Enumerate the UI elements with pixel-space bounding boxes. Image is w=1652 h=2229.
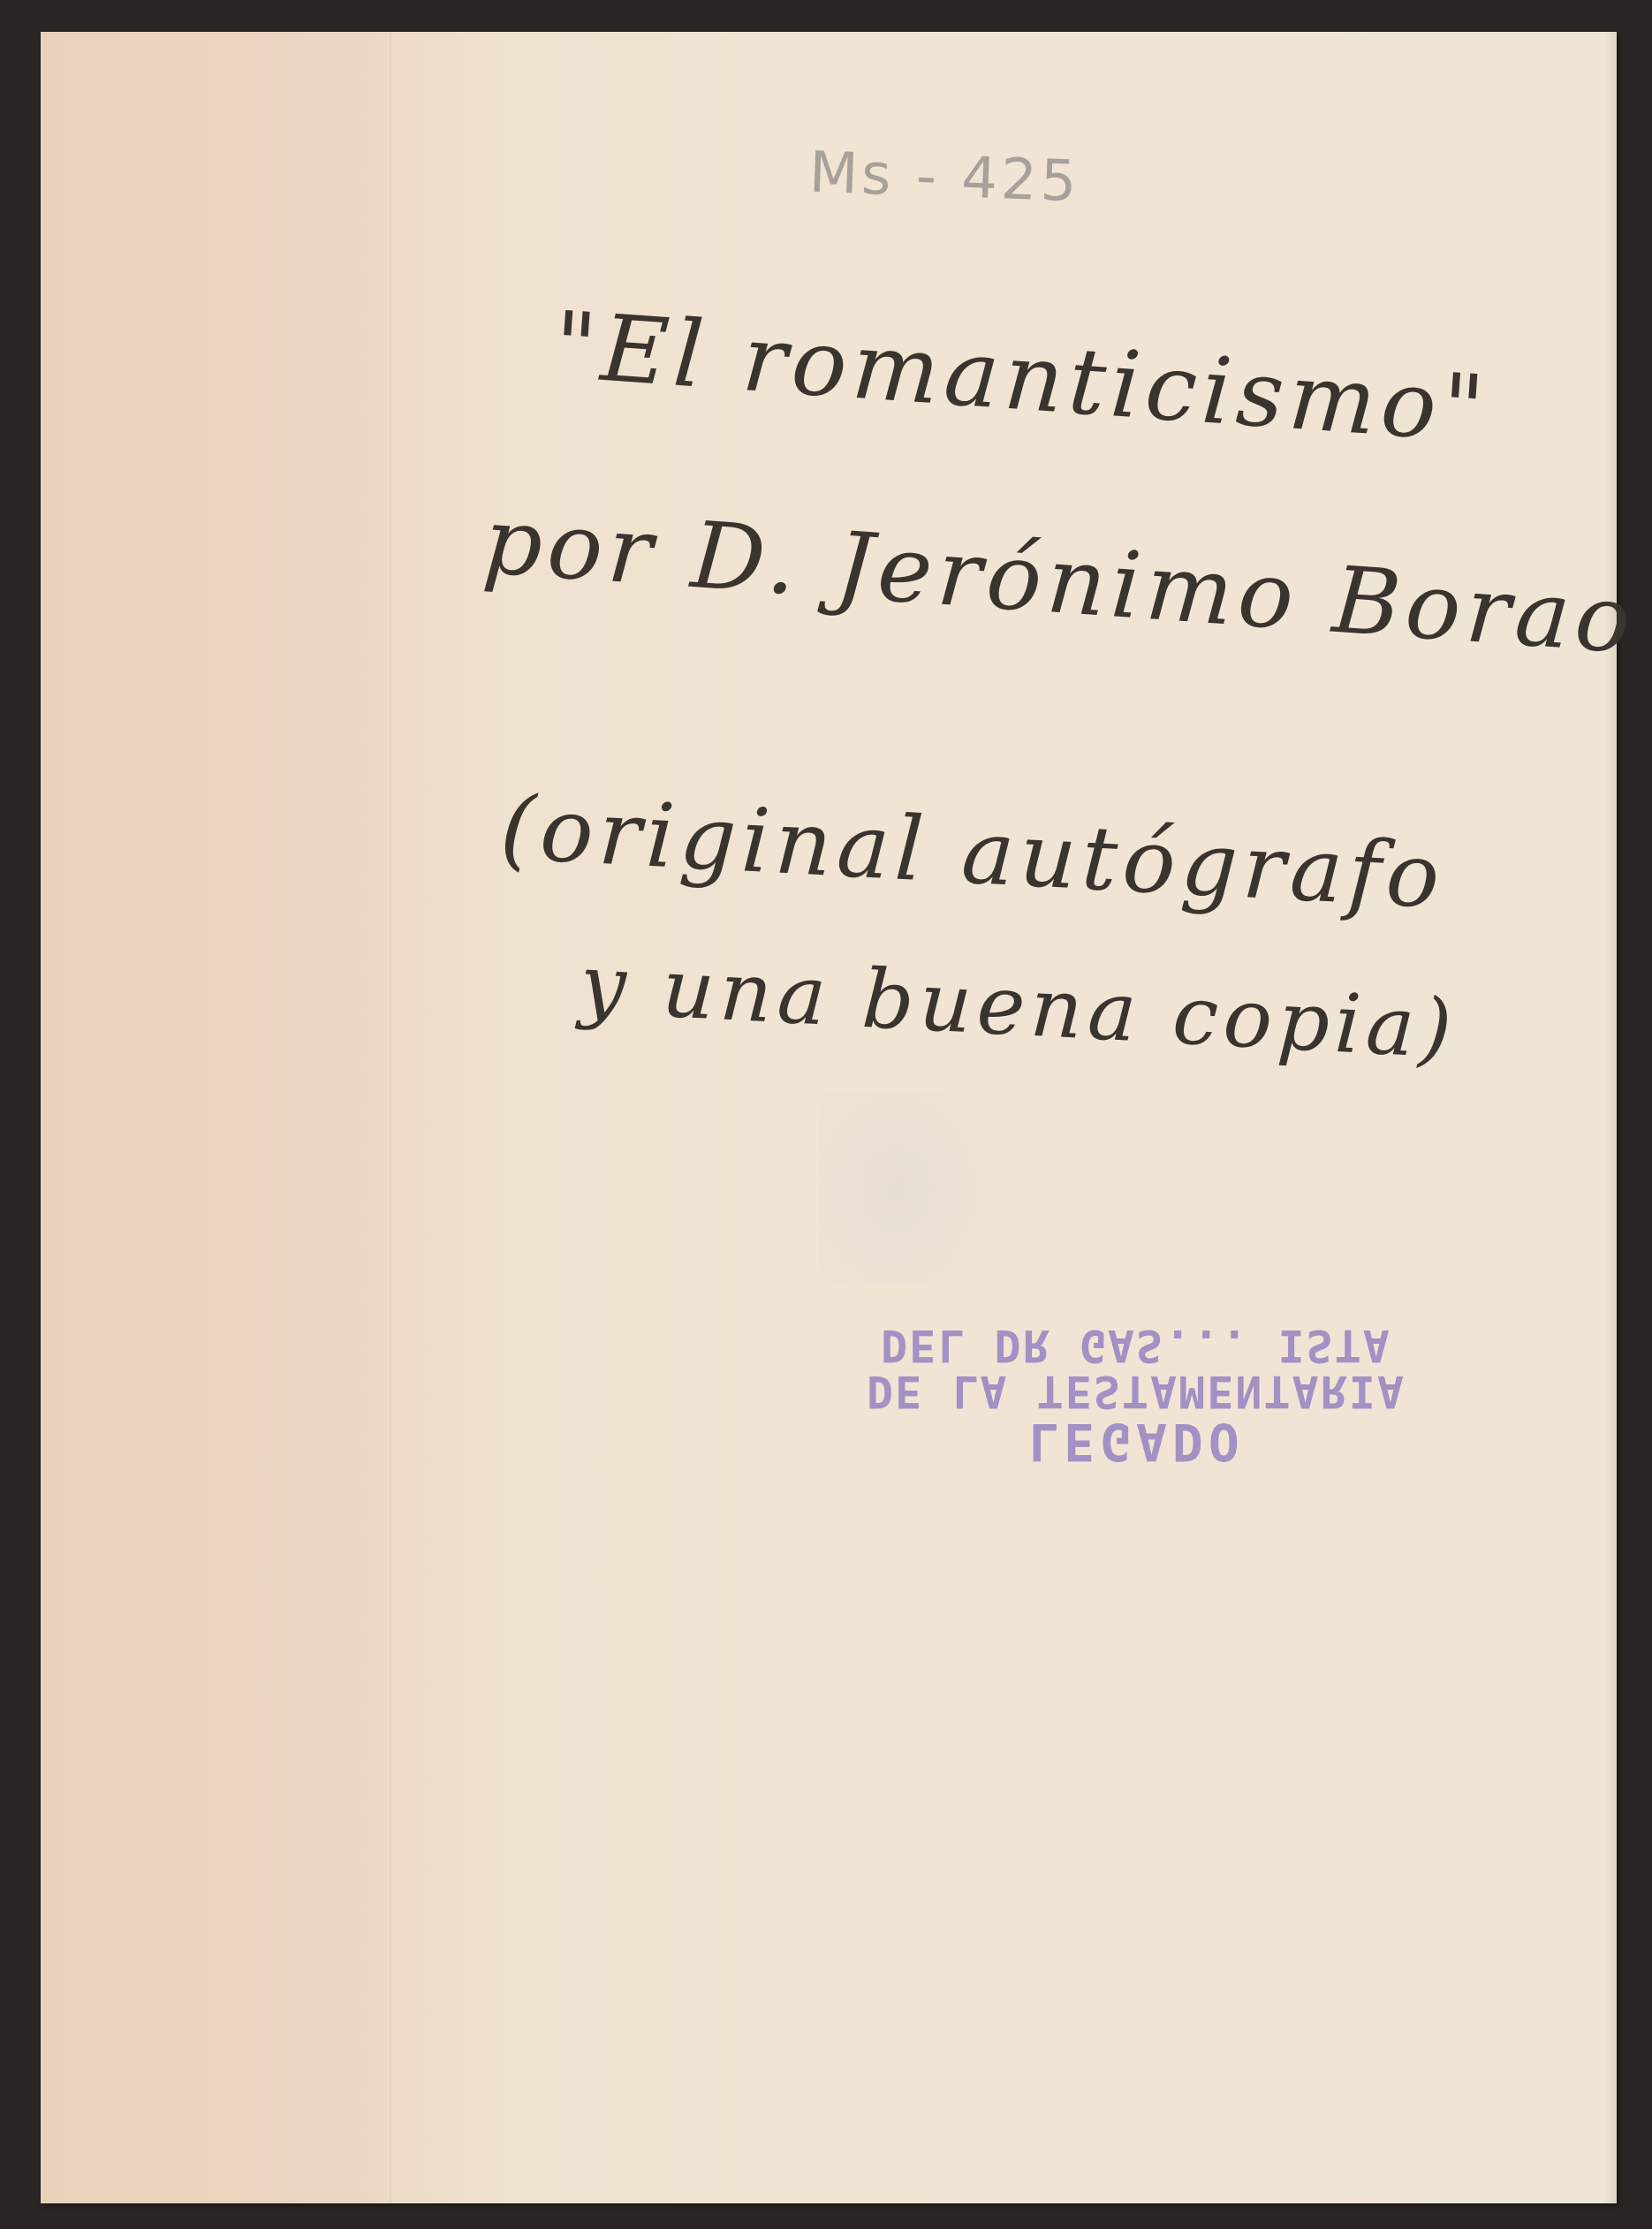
stamp-line-3: DEL DR GAS... ISTA xyxy=(853,1322,1419,1368)
note-line-2: y una buena copia) xyxy=(578,936,1459,1077)
shelfmark-pencil-note: Ms - 425 xyxy=(808,140,1081,216)
legacy-ink-stamp: LEGADO DE LA TESTAMENTARIA DEL DR GAS...… xyxy=(853,1322,1419,1468)
paper-fold-line xyxy=(390,32,391,2203)
title-line: "El romanticismo" xyxy=(550,291,1493,464)
stamp-line-1: LEGADO xyxy=(853,1414,1419,1468)
author-line: por D. Jerónimo Borao xyxy=(480,487,1640,675)
stamp-line-2: DE LA TESTAMENTARIA xyxy=(853,1368,1419,1415)
manuscript-sheet: Ms - 425 "El romanticismo" por D. Jeróni… xyxy=(41,32,1617,2203)
note-line-1: (original autógrafo xyxy=(498,776,1448,929)
faint-stain xyxy=(818,1092,977,1286)
